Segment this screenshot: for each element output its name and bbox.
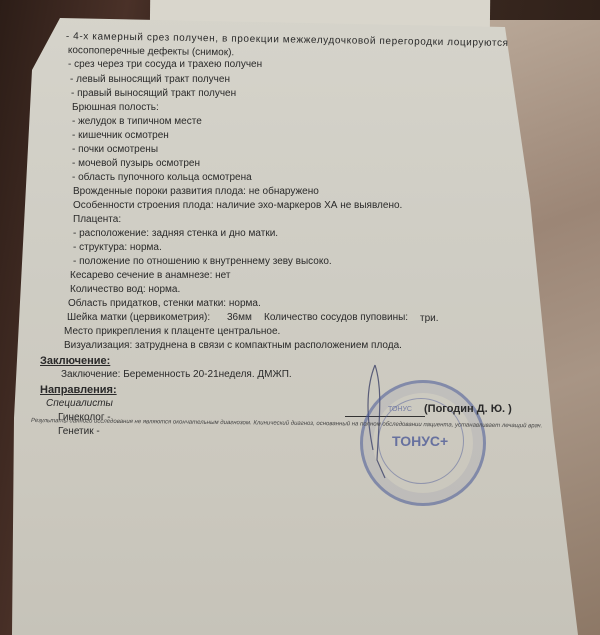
three-vessel-line: - срез через три сосуда и трахею получен: [68, 59, 262, 71]
abdomen-item: - желудок в типичном месте: [72, 116, 202, 128]
abdomen-item: - кишечник осмотрен: [72, 130, 169, 142]
malformations-line: Врожденные пороки развития плода: не обн…: [73, 186, 319, 198]
specialists-subheading: Специалисты: [46, 398, 113, 410]
abdomen-item: - почки осмотрены: [72, 144, 158, 156]
referral-item: Генетик -: [58, 426, 100, 438]
placenta-item: - положение по отношению к внутреннему з…: [73, 256, 332, 268]
defects-line: косопоперечные дефекты (снимок).: [68, 45, 234, 59]
abdomen-heading: Брюшная полость:: [72, 102, 159, 114]
cesarean-line: Кесарево сечение в анамнезе: нет: [70, 270, 230, 282]
conclusion-text: Заключение: Беременность 20-21неделя. ДМ…: [61, 369, 292, 381]
umbilical-vessels-value: три.: [420, 313, 439, 325]
structure-features-line: Особенности строения плода: наличие эхо-…: [73, 200, 402, 212]
cervix-label: Шейка матки (цервикометрия):: [67, 312, 210, 324]
placenta-heading: Плацента:: [73, 214, 121, 226]
doctor-name: (Погодин Д. Ю. ): [424, 403, 512, 415]
left-outflow-line: - левый выносящий тракт получен: [70, 74, 230, 86]
abdomen-item: - область пупочного кольца осмотрена: [72, 172, 252, 184]
conclusion-heading: Заключение:: [40, 355, 110, 367]
stamp-ring-text: ТОНУС: [388, 406, 412, 413]
right-outflow-line: - правый выносящий тракт получен: [71, 88, 236, 100]
attachment-line: Место прикрепления к плаценте центрально…: [64, 326, 280, 338]
document-content: - 4-х камерный срез получен, в проекции …: [0, 0, 600, 635]
umbilical-vessels-label: Количество сосудов пуповины:: [264, 312, 408, 324]
cervix-value: 36мм: [227, 312, 252, 324]
referrals-heading: Направления:: [40, 384, 117, 396]
placenta-item: - расположение: задняя стенка и дно матк…: [73, 228, 278, 240]
abdomen-item: - мочевой пузырь осмотрен: [72, 158, 200, 170]
adnexa-line: Область придатков, стенки матки: норма.: [68, 298, 261, 310]
placenta-item: - структура: норма.: [73, 242, 162, 254]
stamp-logo-text: ТОНУС+: [392, 433, 448, 449]
amniotic-fluid-line: Количество вод: норма.: [70, 284, 180, 296]
visualization-line: Визуализация: затруднена в связи с компа…: [64, 340, 402, 352]
